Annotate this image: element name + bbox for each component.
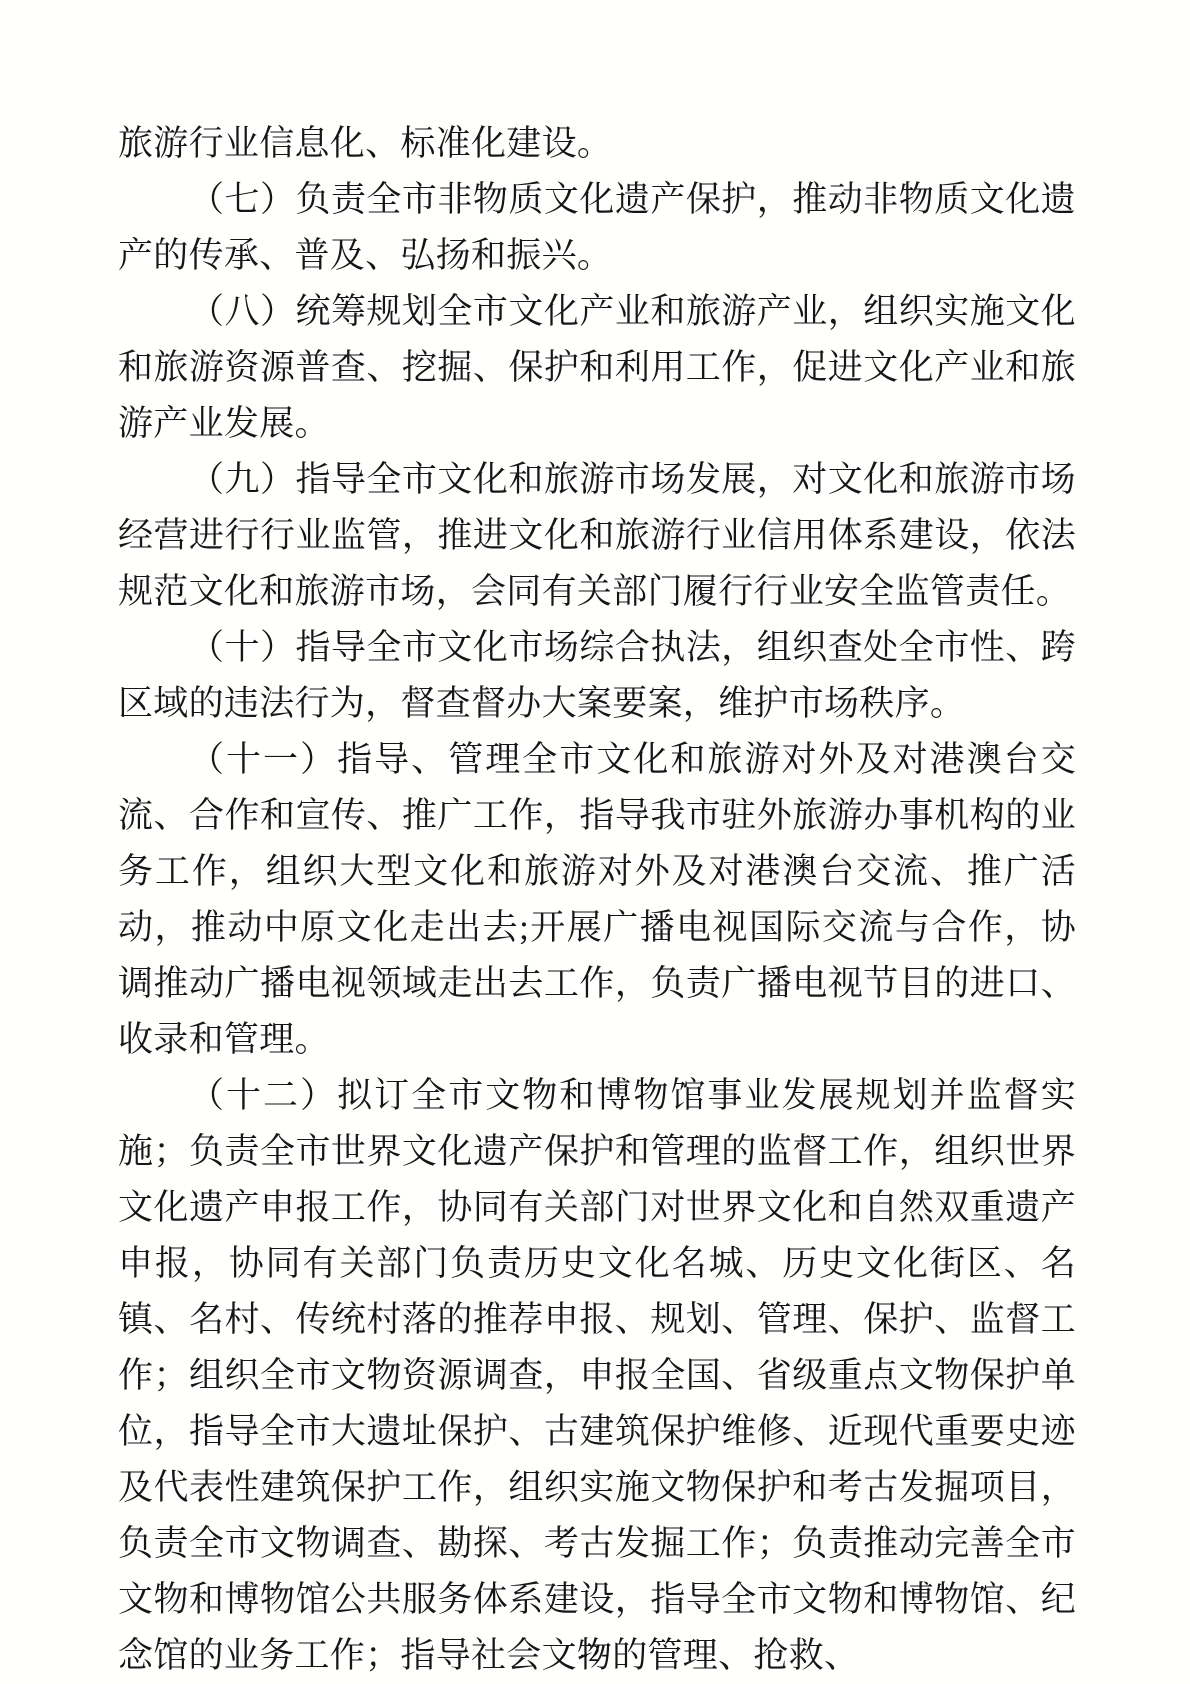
paragraph-item-11: （十一）指导、管理全市文化和旅游对外及对港澳台交流、合作和宣传、推广工作，指导我… <box>118 732 1076 1068</box>
paragraph-item-9: （九）指导全市文化和旅游市场发展，对文化和旅游市场经营进行行业监管，推进文化和旅… <box>118 452 1076 620</box>
paragraph-continuation: 旅游行业信息化、标准化建设。 <box>118 116 1076 172</box>
document-body: 旅游行业信息化、标准化建设。 （七）负责全市非物质文化遗产保护，推动非物质文化遗… <box>118 116 1076 1684</box>
paragraph-item-12: （十二）拟订全市文物和博物馆事业发展规划并监督实施；负责全市世界文化遗产保护和管… <box>118 1068 1076 1684</box>
page-number: -2- <box>0 1640 1190 1668</box>
document-page: 旅游行业信息化、标准化建设。 （七）负责全市非物质文化遗产保护，推动非物质文化遗… <box>0 0 1190 1684</box>
paragraph-item-10: （十）指导全市文化市场综合执法，组织查处全市性、跨区域的违法行为，督查督办大案要… <box>118 620 1076 732</box>
paragraph-item-7: （七）负责全市非物质文化遗产保护，推动非物质文化遗产的传承、普及、弘扬和振兴。 <box>118 172 1076 284</box>
paragraph-item-8: （八）统筹规划全市文化产业和旅游产业，组织实施文化和旅游资源普查、挖掘、保护和利… <box>118 284 1076 452</box>
